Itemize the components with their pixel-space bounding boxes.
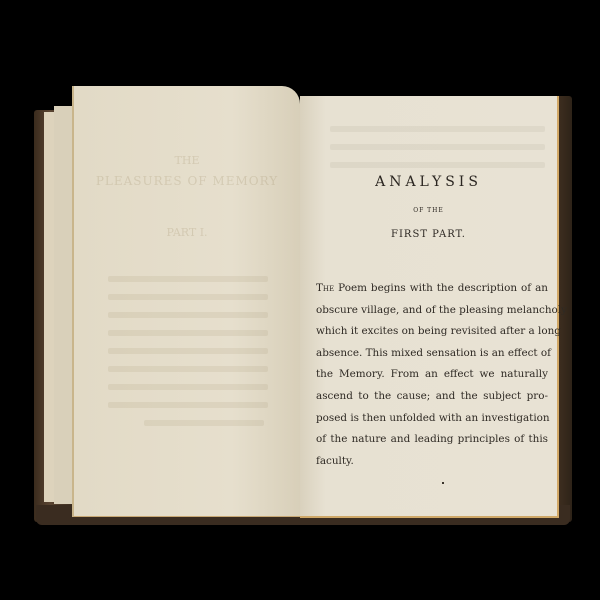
right-page[interactable]: ANALYSIS OF THE FIRST PART. The Poem beg… <box>300 96 559 518</box>
text-line: absence. This mixed sensation is an effe… <box>316 343 548 365</box>
text-line: the Memory. From an effect we naturally <box>316 364 548 386</box>
text-line: ascend to the cause; and the subject pro… <box>316 386 548 408</box>
part-heading: FIRST PART. <box>300 229 557 240</box>
lead-word: The <box>316 282 334 294</box>
text-line: which it excites on being revisited afte… <box>316 321 548 343</box>
text-line: The Poem begins with the description of … <box>316 278 548 300</box>
left-page[interactable]: THE PLEASURES OF MEMORY PART I. <box>72 86 300 517</box>
body-paragraph: The Poem begins with the description of … <box>316 278 548 472</box>
text-line: of the nature and leading principles of … <box>316 429 548 451</box>
ghost-text-line <box>108 294 268 300</box>
show-through-line <box>330 162 545 168</box>
ink-speck <box>442 482 444 484</box>
ghost-text-line <box>108 402 268 408</box>
ghost-text-line <box>108 276 268 282</box>
ghost-text-line <box>108 366 268 372</box>
page-title: ANALYSIS <box>300 174 557 190</box>
ghost-text-line <box>108 348 268 354</box>
ghost-heading: PLEASURES OF MEMORY <box>74 174 300 188</box>
text-line: posed is then unfolded with an investiga… <box>316 408 548 430</box>
ghost-text-line <box>108 330 268 336</box>
ghost-part: PART I. <box>74 226 300 239</box>
ghost-text-line <box>108 384 268 390</box>
text-line: faculty. <box>316 451 548 473</box>
ghost-text-line <box>144 420 264 426</box>
show-through-line <box>330 144 545 150</box>
page-subtitle: OF THE <box>300 207 557 214</box>
show-through-line <box>330 126 545 132</box>
text-line: obscure village, and of the pleasing mel… <box>316 300 548 322</box>
ghost-title-fragment: THE <box>74 154 300 167</box>
ghost-text-line <box>108 312 268 318</box>
